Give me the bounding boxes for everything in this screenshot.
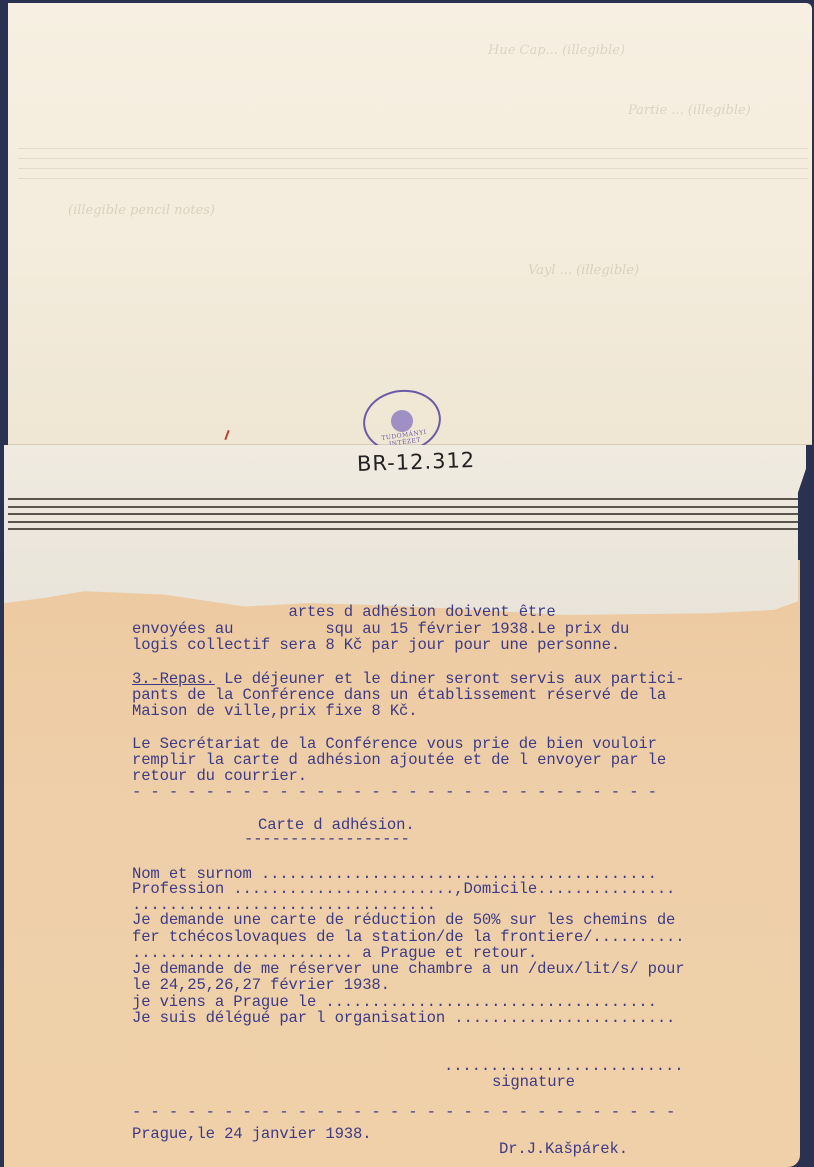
staff-line <box>8 498 798 500</box>
form-text-dates: le 24,25,26,27 février 1938. <box>132 977 390 994</box>
place-date: Prague,le 24 janvier 1938. <box>132 1126 371 1143</box>
faint-staff-line <box>18 178 808 179</box>
staff-line <box>8 521 798 523</box>
form-field-organisation[interactable]: Je suis délégué par l organisation .....… <box>132 1010 675 1027</box>
form-title-underline: ------------------ <box>244 831 410 848</box>
separator-line: - - - - - - - - - - - - - - - - - - - - … <box>132 784 657 801</box>
form-text-rail-reduction: Je demande une carte de réduction de 50%… <box>132 912 675 929</box>
staff-line <box>8 506 798 508</box>
faint-staff-line <box>18 168 808 169</box>
staff-line <box>8 513 798 515</box>
archive-number: BR-12.312 <box>357 448 476 476</box>
footer-separator: - - - - - - - - - - - - - - - - - - - - … <box>132 1104 675 1121</box>
faint-handwriting: Partie ... (illegible) <box>628 103 751 118</box>
faint-staff-line <box>18 148 808 149</box>
section-text: Maison de ville,prix fixe 8 Kč. <box>132 703 417 720</box>
stamp-emblem-icon <box>390 409 415 434</box>
staff-line <box>8 528 798 530</box>
faint-handwriting: Vayl ... (illegible) <box>528 263 639 278</box>
manuscript-back-sheet: Hue Cap... (illegible) Partie ... (illeg… <box>8 3 812 445</box>
signature-label: signature <box>492 1074 575 1091</box>
letter-fragment-line: artes d adhésion doivent être <box>132 604 556 621</box>
letter-fragment-line: logis collectif sera 8 Kč par jour pour … <box>132 637 620 654</box>
signatory: Dr.J.Kašpárek. <box>499 1141 628 1158</box>
faint-staff-line <box>18 158 808 159</box>
faint-handwriting: (illegible pencil notes) <box>68 203 215 218</box>
faint-handwriting: Hue Cap... (illegible) <box>488 43 625 58</box>
